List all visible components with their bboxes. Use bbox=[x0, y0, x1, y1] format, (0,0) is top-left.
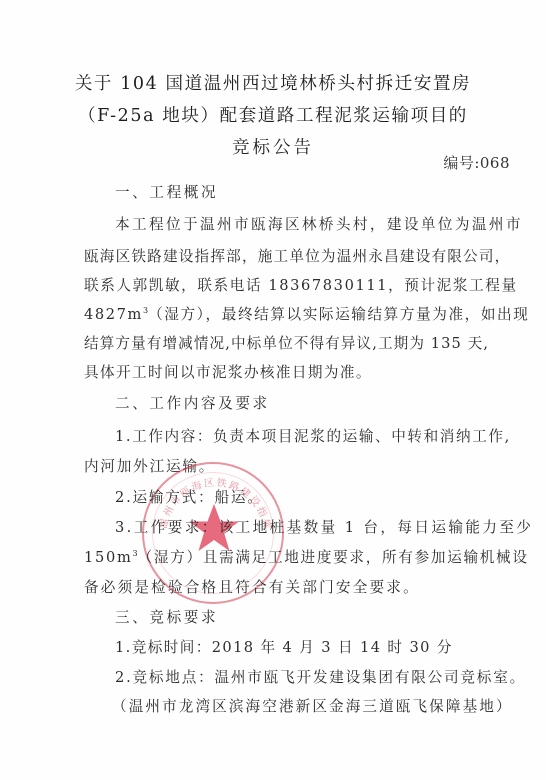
document-number: 编号:068 bbox=[443, 152, 510, 173]
section-2-item-3-line-1: 3.工作要求：该工地桩基数量 1 台，每日运输能力至少 bbox=[115, 516, 533, 537]
section-3-item-1: 1.竞标时间：2018 年 4 月 3 日 14 时 30 分 bbox=[115, 636, 453, 657]
title-line-1: 关于 104 国道温州西过境林桥头村拆迁安置房 bbox=[0, 70, 546, 95]
section-2-item-2: 2.运输方式：船运。 bbox=[115, 486, 264, 507]
section-1-line-1: 本工程位于温州市瓯海区林桥头村，建设单位为温州市 bbox=[115, 213, 523, 234]
section-1-line-5: 结算方量有增减情况,中标单位不得有异议,工期为 135 天, bbox=[84, 332, 489, 353]
volume-rest: （湿方），最终结算以实际运输结算方量为准，如出现 bbox=[148, 306, 529, 323]
section-1-line-3: 联系人郭凯敏，联系电话 18367830111，预计泥浆工程量 bbox=[84, 274, 518, 295]
section-1-line-6: 具体开工时间以市泥浆办核准日期为准。 bbox=[84, 361, 372, 382]
section-3-heading: 三、竞标要求 bbox=[115, 606, 218, 627]
section-2-item-3-line-2: 150m3（湿方）且需满足工地进度要求，所有参加运输机械设 bbox=[84, 546, 529, 567]
volume-value: 4827m bbox=[84, 306, 143, 323]
section-2-heading: 二、工作内容及要求 bbox=[115, 392, 270, 413]
section-2-item-1-line-2: 内河加外江运输。 bbox=[84, 455, 215, 476]
section-1-line-4: 4827m3（湿方），最终结算以实际运输结算方量为准，如出现 bbox=[84, 303, 529, 324]
section-2-item-3-line-3: 备必须是检验合格且符合有关部门安全要求。 bbox=[84, 576, 420, 597]
title-line-2: （F-25a 地块）配套道路工程泥浆运输项目的 bbox=[0, 102, 546, 127]
section-3-address: （温州市龙湾区滨海空港新区金海三道瓯飞保障基地） bbox=[112, 695, 513, 716]
section-2-item-1-line-1: 1.工作内容：负责本项目泥浆的运输、中转和消纳工作, bbox=[115, 425, 511, 446]
section-1-heading: 一、工程概况 bbox=[115, 181, 218, 202]
document-page: 关于 104 国道温州西过境林桥头村拆迁安置房 （F-25a 地块）配套道路工程… bbox=[0, 0, 546, 780]
capacity-value: 150m bbox=[84, 549, 133, 566]
capacity-rest: （湿方）且需满足工地进度要求，所有参加运输机械设 bbox=[138, 549, 529, 566]
section-1-line-2: 瓯海区铁路建设指挥部，施工单位为温州永昌建设有限公司， bbox=[84, 245, 510, 266]
section-3-item-2: 2.竞标地点：温州市瓯飞开发建设集团有限公司竞标室。 bbox=[115, 666, 526, 687]
